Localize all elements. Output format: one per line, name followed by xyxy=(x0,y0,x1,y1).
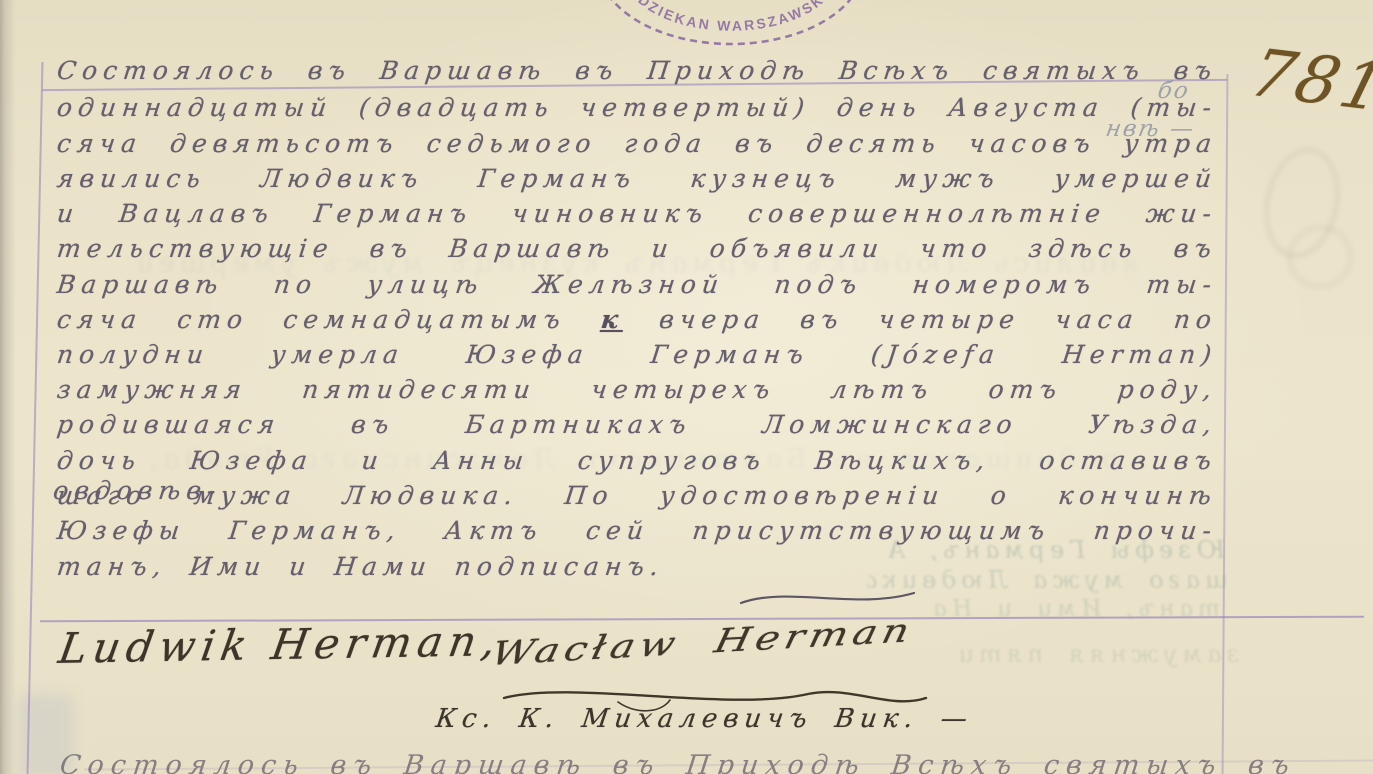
record-line: Юзефы Германъ, Актъ сей присутствующимъ … xyxy=(55,516,1219,548)
record-line: танъ, Ими и Нами подписанъ. xyxy=(55,552,1219,584)
record-line: сяча сто семнадцатымъ к вчера въ четыре … xyxy=(55,305,1219,337)
record-line: родившаяся въ Бартникахъ Ломжинскаго Уѣз… xyxy=(55,410,1219,442)
record-line: и Вацлавъ Германъ чиновникъ совершеннолѣ… xyxy=(55,199,1219,231)
record-line: Состоялось въ Варшавѣ въ Приходѣ Всѣхъ с… xyxy=(55,56,1219,88)
pencil-swirl xyxy=(1255,142,1348,265)
next-record-line: Состоялось въ Варшавѣ въ Приходѣ Всѣхъ с… xyxy=(58,750,1362,774)
pencil-swirl xyxy=(1280,218,1360,297)
bleedthrough-text: замужняя пятидесяти четырехъ лѣтъ отъ ро… xyxy=(958,640,1241,668)
record-line: шаго мужа Людвика. По удостовѣреніи о ко… xyxy=(55,481,1219,513)
dean-stamp: DZIEKAN WARSZAWSKI xyxy=(588,0,874,50)
signature-ludwik-herman: Ludwik Herman, xyxy=(55,616,505,673)
signature-priest-vicar: Кс. К. Михалевичъ Вик. — xyxy=(434,704,975,734)
record-line-segment: вчера въ четыре часа по xyxy=(622,305,1219,334)
record-line-segment: сяча сто семнадцатымъ xyxy=(55,305,603,334)
ruled-line-left xyxy=(27,62,44,774)
record-line: сяча девятьсотъ седьмого года въ десять … xyxy=(55,129,1219,161)
record-line: явились Людвикъ Германъ кузнецъ мужъ уме… xyxy=(55,164,1219,196)
record-line: полудни умерла Юзефа Германъ (Józefa Her… xyxy=(55,340,1219,372)
record-line: Варшавѣ по улицѣ Желѣзной подъ номеромъ … xyxy=(55,270,1219,302)
scan-edge-shadow xyxy=(0,0,16,774)
scanned-record-page: { "page": { "description": "Scanned hand… xyxy=(0,0,1373,774)
record-line: дочь Юзефа и Анны супруговъ Вѣцкихъ, ост… xyxy=(55,446,1219,478)
registry-number: 781 xyxy=(1242,35,1373,127)
record-line: замужняя пятидесяти четырехъ лѣтъ отъ ро… xyxy=(55,375,1219,407)
dean-stamp-text: DZIEKAN WARSZAWSKI xyxy=(588,0,827,34)
pen-flourish xyxy=(738,584,918,612)
record-line: одиннадцатый (двадцать четвертый) день А… xyxy=(55,93,1219,125)
ruled-line-right xyxy=(1222,74,1229,774)
record-line: тельствующіе въ Варшавѣ и объявили что з… xyxy=(55,234,1219,266)
